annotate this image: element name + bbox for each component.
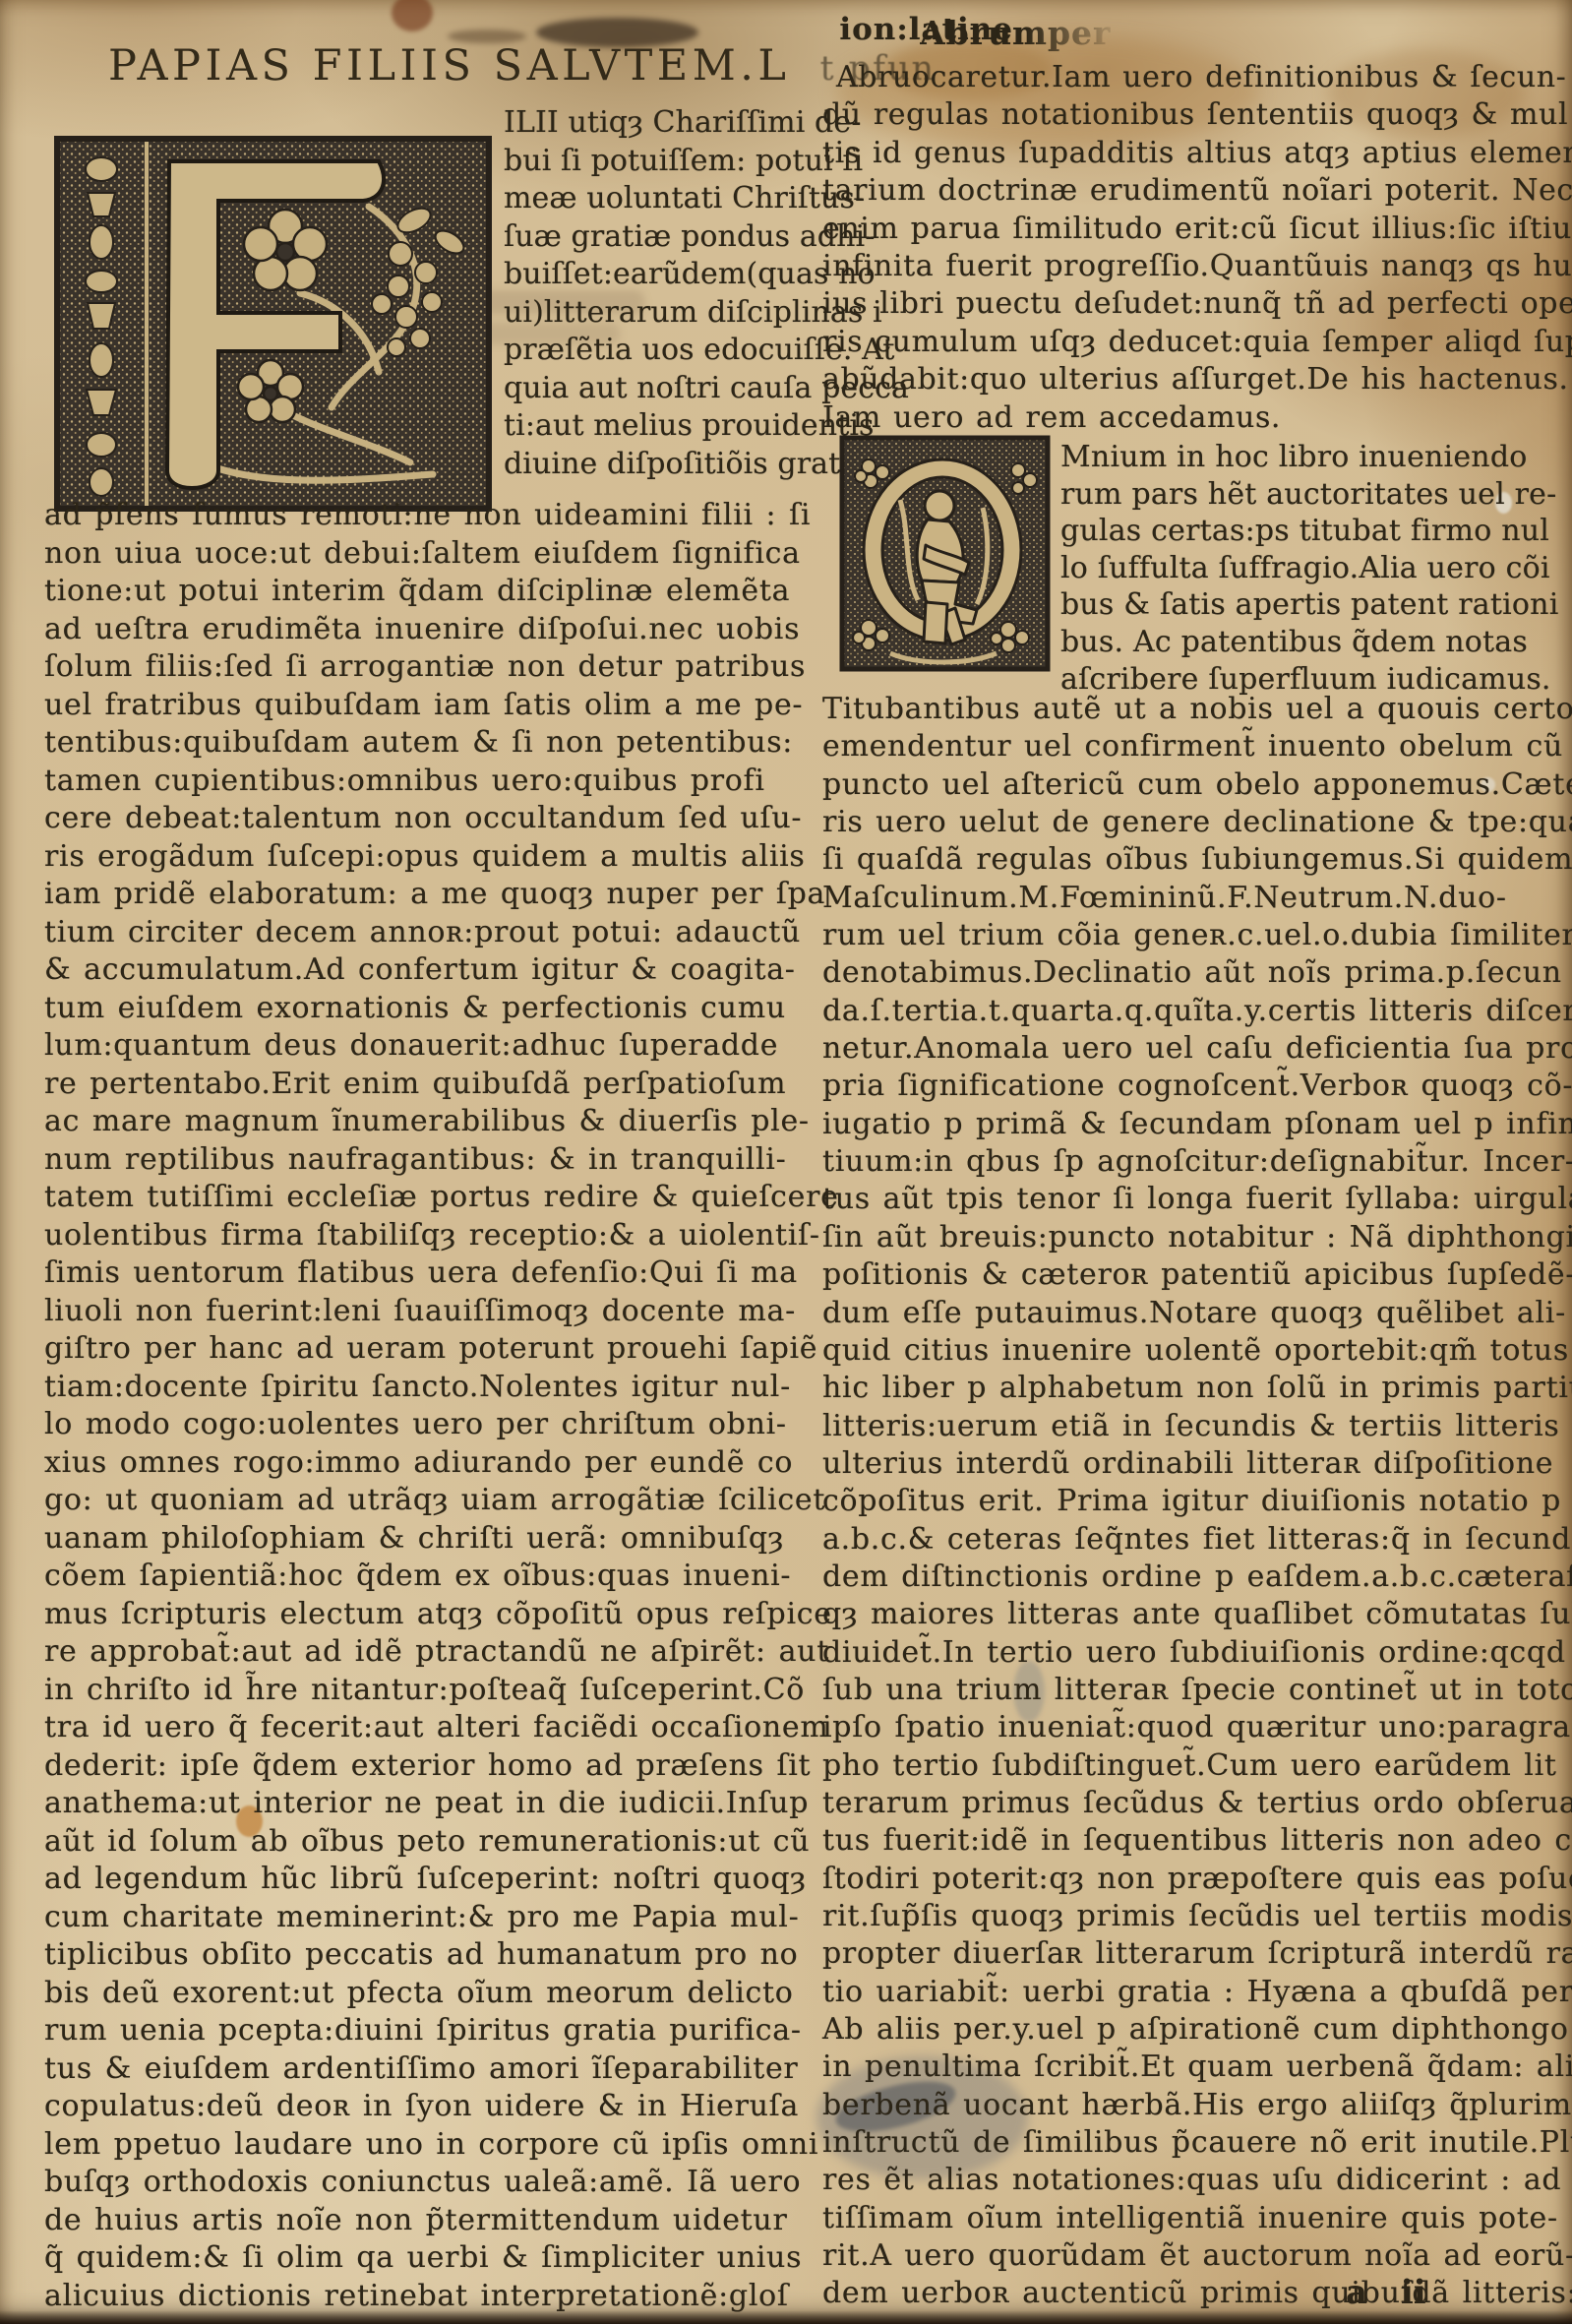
text-line: præſẽtia uos edocuiſſe. At bbox=[504, 332, 791, 370]
text-line: mus ſcripturis electum atqȝ cõpoſitũ opu… bbox=[44, 1596, 790, 1634]
text-line: uolentibus firma ſtabiliſqȝ receptio:& a… bbox=[44, 1217, 790, 1255]
text-line: dũ regulas notationibus ſententiis quoqȝ… bbox=[822, 96, 1558, 134]
signature-mark: a ii bbox=[1346, 2273, 1426, 2312]
text-line: ui)litterarum diſciplinas i bbox=[504, 294, 791, 333]
text-line: Titubantibus autẽ ut a nobis uel a quoui… bbox=[822, 691, 1558, 728]
text-line: re pertentabo.Erit enim quibuſdã perſpat… bbox=[44, 1066, 790, 1104]
text-line: rum uenia pcepta:diuini ſpiritus gratia … bbox=[44, 2012, 790, 2050]
text-line: ris erogãdum ſuſcepi:opus quidem a multi… bbox=[44, 838, 790, 877]
text-line: ac mare magnum ĩnumerabilibus & diuerſis… bbox=[44, 1103, 790, 1141]
text-line: pho tertio ſubdiſtinguet̃.Cum uero earũd… bbox=[822, 1747, 1558, 1785]
text-line: dem diſtinctionis ordine p eaſdem.a.b.c.… bbox=[822, 1559, 1558, 1596]
text-line: tiam:docente ſpiritu ſancto.Nolentes igi… bbox=[44, 1369, 790, 1407]
text-line: dum eſſe putauimus.Notare quoqȝ quẽlibet… bbox=[822, 1295, 1558, 1332]
text-line: tamen cupientibus:omnibus uero:quibus pr… bbox=[44, 763, 790, 801]
text-line: re approbat̃:aut ad idẽ ptractandũ ne aſ… bbox=[44, 1633, 790, 1672]
text-line: tarium doctrinæ erudimentũ noĩari poteri… bbox=[822, 172, 1558, 210]
text-line: gulas certas:ps titubat firmo nul bbox=[1060, 513, 1557, 550]
text-line: abũdabit:quo ulterius aſſurget.De his ha… bbox=[822, 361, 1558, 398]
text-line: tentibus:quibuſdam autem & ſi non petent… bbox=[44, 724, 790, 763]
text-line: liuoli non fuerint:leni ſuauiſſimoqȝ doc… bbox=[44, 1293, 790, 1331]
text-line: cõem ſapientiã:hoc q̃dem ex oĩbus:quas i… bbox=[44, 1558, 790, 1596]
text-line: ſuæ gratiæ pondus adhi- bbox=[504, 218, 791, 257]
text-line: ſub una trium litteraʀ ſpecie continet̃ … bbox=[822, 1672, 1558, 1709]
text-line: Abruocaretur.Iam uero definitionibus & ſ… bbox=[822, 59, 1558, 96]
text-line: rum pars hẽt auctoritates uel re- bbox=[1060, 476, 1557, 514]
text-line: ad legendum hũc librũ ſuſceperint: noſtr… bbox=[44, 1861, 790, 1899]
text-line: tium circiter decem annoʀ:prout potui: a… bbox=[44, 914, 790, 952]
text-line: anathema:ut interior ne peat in die iudi… bbox=[44, 1785, 790, 1823]
text-line: num reptilibus naufragantibus: & in tran… bbox=[44, 1141, 790, 1180]
text-line: infinita fuerit progreſſio.Quantũuis nan… bbox=[822, 248, 1558, 285]
text-line: tis id genus ſupadditis altius atqȝ apti… bbox=[822, 135, 1558, 172]
text-line: Iam uero ad rem accedamus. bbox=[822, 399, 1558, 437]
text-line: diuidet̃.In tertio uero ſubdiuiſionis or… bbox=[822, 1634, 1558, 1672]
text-line: ſtodiri poterit:qȝ non præpoſtere quis e… bbox=[822, 1861, 1558, 1898]
text-line: q̃ quidem:& ſi olim qa uerbi & ſimplicit… bbox=[44, 2239, 790, 2278]
text-line: copulatus:deũ deoʀ in ſyon uidere & in H… bbox=[44, 2088, 790, 2126]
right-column-body: Titubantibus autẽ ut a nobis uel a quoui… bbox=[822, 691, 1558, 2313]
text-line: res ẽt alias notationes:quas uſu didicer… bbox=[822, 2162, 1558, 2199]
incunable-page-scan: ion:latine PAPIAS FILIIS SALVTEM.Lt pfun bbox=[0, 0, 1572, 2324]
text-line: da.ſ.tertia.t.quarta.q.quĩta.y.certis li… bbox=[822, 993, 1558, 1030]
initial-letter-value: F bbox=[0, 0, 1, 1]
text-line: iam pridẽ elaboratum: a me quoqȝ nuper p… bbox=[44, 876, 790, 914]
left-column-body: ad p̃ſens ſumus remoti:ne non uideamini … bbox=[44, 497, 790, 2315]
text-line: berbenã uocant hærbã.His ergo aliiſqȝ q̃… bbox=[822, 2087, 1558, 2124]
text-line: dem uerboʀ auctenticũ primis quibuſdã li… bbox=[822, 2275, 1558, 2312]
text-line: tra id uero q̃ fecerit:aut alteri faciẽd… bbox=[44, 1709, 790, 1747]
text-line: ad ueſtra erudimẽta inuenire diſpoſui.ne… bbox=[44, 611, 790, 649]
text-line: tione:ut potui interim q̃dam diſciplinæ … bbox=[44, 573, 790, 611]
text-line: cere debeat:talentum non occultandum ſed… bbox=[44, 800, 790, 838]
woodcut-initial-o bbox=[839, 435, 1051, 672]
text-line: pria ſignificatione cognoſcent̃.Verboʀ q… bbox=[822, 1068, 1558, 1105]
text-line: bus. Ac patentibus q̃dem notas bbox=[1060, 624, 1557, 661]
text-line: inſtructũ de ſimilibus p̃cauere nõ erit … bbox=[822, 2124, 1558, 2162]
text-line: de huius artis noĩe non p̃termittendum u… bbox=[44, 2202, 790, 2240]
text-line: tio uariabit̃: uerbi gratia : Hyæna a qb… bbox=[822, 1974, 1558, 2011]
text-line: lum:quantum deus donauerit:adhuc ſuperad… bbox=[44, 1027, 790, 1066]
text-line: bis deũ exorent:ut pfecta oĩum meorum de… bbox=[44, 1975, 790, 2013]
right-column-paragraph-1: Abruocaretur.Iam uero definitionibus & ſ… bbox=[822, 59, 1558, 437]
text-line: aũt id ſolum ab oĩbus peto remunerationi… bbox=[44, 1823, 790, 1862]
text-line: non uiua uoce:ut debui:ſaltem eiuſdem ſi… bbox=[44, 535, 790, 574]
text-line: emendentur uel confirment̃ inuento obelu… bbox=[822, 728, 1558, 765]
text-line: diuine diſpoſitiõis gratia bbox=[504, 446, 791, 484]
text-line: rit.A uero quorũdam ẽt auctorum noĩa ad … bbox=[822, 2237, 1558, 2275]
text-line: ris cumulum uſqȝ deducet:quia ſemper ali… bbox=[822, 324, 1558, 361]
text-line: giſtro per hanc ad ueram poterunt proueh… bbox=[44, 1330, 790, 1369]
text-line: alicuius dictionis retinebat interpretat… bbox=[44, 2278, 790, 2316]
text-line: uanam philoſophiam & chriſti uerã: omnib… bbox=[44, 1520, 790, 1559]
text-line: bui ſi potuiſſem: potui ſi bbox=[504, 143, 791, 181]
text-line: cõpoſitus erit. Prima igitur diuiſionis … bbox=[822, 1483, 1558, 1520]
text-line: denotabimus.Declinatio aũt noĩs prima.p.… bbox=[822, 954, 1558, 992]
text-line: tiuum:in qbus ſp agnoſcitur:deſignabit̃u… bbox=[822, 1143, 1558, 1181]
text-line: Mnium in hoc libro inueniendo bbox=[1060, 439, 1557, 476]
text-line: in chriſto id h̃re nitantur:poſteaq̃ ſuſ… bbox=[44, 1672, 790, 1710]
text-line: ti:aut melius prouidentis bbox=[504, 407, 791, 446]
text-line: hic liber p alphabetum non ſolũ in primi… bbox=[822, 1370, 1558, 1407]
text-line: cum charitate meminerint:& pro me Papia … bbox=[44, 1899, 790, 1937]
text-line: dederit: ipſe q̃dem exterior homo ad præ… bbox=[44, 1747, 790, 1786]
text-line: ſolum filiis:ſed ſi arrogantiæ non detur… bbox=[44, 648, 790, 687]
text-line: ulterius interdũ ordinabili litteraʀ diſ… bbox=[822, 1445, 1558, 1483]
text-line: rit.ſup̃ſis quoqȝ primis ſecũdis uel ter… bbox=[822, 1898, 1558, 1935]
text-line: tus & eiuſdem ardentiſſimo amori ĩſepara… bbox=[44, 2050, 790, 2089]
text-line: tus fuerit:idẽ in ſequentibus litteris n… bbox=[822, 1822, 1558, 1860]
right-header-fragment: Abrumper bbox=[920, 14, 1111, 52]
text-line: go: ut quoniam ad utrãqȝ uiam arrogãtiæ … bbox=[44, 1482, 790, 1520]
text-line: lo modo cogo:uolentes uero per chriſtum … bbox=[44, 1406, 790, 1444]
text-line: rum uel trium cõia geneʀ.c.uel.o.dubia ſ… bbox=[822, 917, 1558, 954]
text-line: poſitionis & cæteroʀ patentiũ apicibus ſ… bbox=[822, 1256, 1558, 1294]
text-line: propter diuerſaʀ litterarum ſcripturã in… bbox=[822, 1935, 1558, 1973]
text-line: ad p̃ſens ſumus remoti:ne non uideamini … bbox=[44, 497, 790, 535]
text-line: & accumulatum.Ad confertum igitur & coag… bbox=[44, 951, 790, 990]
text-line: ſi quaſdã regulas oĩbus ſubiungemus.Si q… bbox=[822, 841, 1558, 879]
text-line: tus aũt tpis tenor ſi longa fuerit ſylla… bbox=[822, 1181, 1558, 1218]
text-line: lo ſuffulta ſuffragio.Alia uero cõi bbox=[1060, 550, 1557, 587]
text-line: tatem tutiſſimi eccleſiæ portus redire &… bbox=[44, 1179, 790, 1217]
text-line: tiplicibus obſito peccatis ad humanatum … bbox=[44, 1936, 790, 1975]
text-line: enim parua ſimilitudo erit:cũ ſicut illi… bbox=[822, 211, 1558, 248]
text-line: quid citius inuenire uolentẽ oportebit:q… bbox=[822, 1332, 1558, 1370]
text-line: litteris:uerum etiã in ſecundis & tertii… bbox=[822, 1408, 1558, 1445]
text-line: ipſo ſpatio inueniat̃:quod quæritur uno:… bbox=[822, 1709, 1558, 1746]
text-line: bus & ſatis apertis patent rationi bbox=[1060, 586, 1557, 624]
text-line: qȝ maiores litteras ante quaſlibet cõmut… bbox=[822, 1596, 1558, 1633]
text-line: ris uero uelut de genere declinatione & … bbox=[822, 804, 1558, 841]
text-line: buſqȝ orthodoxis coniunctus ualeã:amẽ. I… bbox=[44, 2164, 790, 2202]
page-title: PAPIAS FILIIS SALVTEM.L bbox=[108, 41, 790, 91]
left-column-indent-lines: ILII utiqȝ Chariſſimi de-bui ſi potuiſſe… bbox=[504, 104, 791, 483]
woodcut-initial-f bbox=[54, 136, 492, 512]
text-line: uel fratribus quibuſdam iam ſatis olim a… bbox=[44, 687, 790, 725]
text-line: terarum primus ſecũdus & tertius ordo ob… bbox=[822, 1785, 1558, 1822]
text-line: netur.Anomala uero uel caſu deficientia … bbox=[822, 1030, 1558, 1068]
text-line: puncto uel aſtericũ cum obelo apponemus.… bbox=[822, 766, 1558, 804]
text-line: tum eiuſdem exornationis & perfectionis … bbox=[44, 990, 790, 1028]
text-line: a.b.c.& ceteras ſeq̃ntes fiet litteras:q… bbox=[822, 1521, 1558, 1559]
text-line: ILII utiqȝ Chariſſimi de- bbox=[504, 104, 791, 143]
text-line: lem ppetuo laudare uno in corpore cũ ipſ… bbox=[44, 2126, 790, 2165]
text-line: in penultima ſcribit̃.Et quam uerbenã q̃… bbox=[822, 2049, 1558, 2086]
text-line: meæ uoluntati Chriſtus- bbox=[504, 180, 791, 218]
left-title-row: PAPIAS FILIIS SALVTEM.Lt pfun bbox=[108, 41, 936, 91]
text-line: tiſſimam oĩum intelligentiã inuenire qui… bbox=[822, 2200, 1558, 2237]
text-line: Ab aliis per.y.uel p aſpirationẽ cum dip… bbox=[822, 2011, 1558, 2049]
text-line: ſimis uentorum flatibus uera defenſio:Qu… bbox=[44, 1254, 790, 1293]
text-line: iugatio p primã & ſecundam pſonam uel p … bbox=[822, 1106, 1558, 1143]
initial-letter-value: O bbox=[0, 0, 1, 1]
text-line: buiſſet:earũdem(quas no bbox=[504, 256, 791, 294]
text-line: ius libri puectu deſudet:nunq̃ tñ ad per… bbox=[822, 285, 1558, 323]
text-line: xius omnes rogo:immo adiurando per eundẽ… bbox=[44, 1444, 790, 1483]
text-line: Maſculinum.M.Fœmininũ.F.Neutrum.N.duo- bbox=[822, 880, 1558, 917]
right-column-indent-lines: Mnium in hoc libro inueniendorum pars hẽ… bbox=[1060, 439, 1557, 698]
text-line: ſin aũt breuis:puncto notabitur : Nã dip… bbox=[822, 1219, 1558, 1256]
text-line: quia aut noſtri cauſa pecca bbox=[504, 370, 791, 408]
